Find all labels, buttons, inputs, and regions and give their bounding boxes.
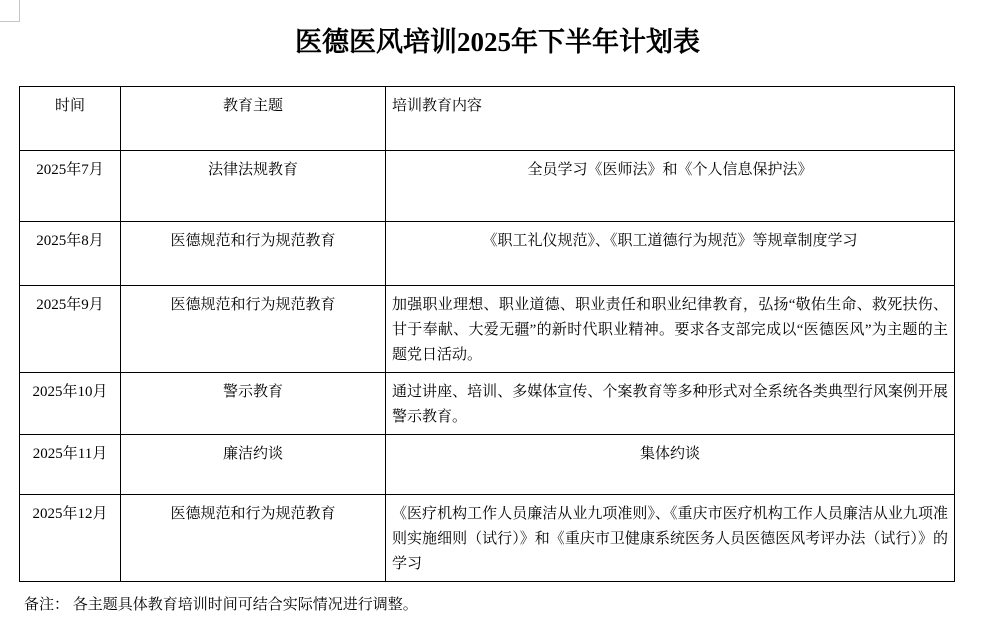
cell-content: 《医疗机构工作人员廉洁从业九项准则》、《重庆市医疗机构工作人员廉洁从业九项准则实… [386,495,955,582]
document-title: 医德医风培训2025年下半年计划表 [0,26,995,58]
cell-theme: 廉洁约谈 [121,435,386,495]
column-header-theme: 教育主题 [121,87,386,151]
table-row-september: 2025年9月 医德规范和行为规范教育 加强职业理想、职业道德、职业责任和职业纪… [20,286,955,373]
document-page: { "document": { "title": "医德医风培训2025年下半年… [0,0,995,625]
training-plan-table: 时间 教育主题 培训教育内容 2025年7月 法律法规教育 全员学习《医师法》和… [19,86,955,582]
cell-time: 2025年8月 [20,222,121,286]
cell-theme: 法律法规教育 [121,151,386,222]
column-header-content: 培训教育内容 [386,87,955,151]
cell-time: 2025年7月 [20,151,121,222]
table-row-july: 2025年7月 法律法规教育 全员学习《医师法》和《个人信息保护法》 [20,151,955,222]
cell-content: 《职工礼仪规范》、《职工道德行为规范》等规章制度学习 [386,222,955,286]
cell-content: 通过讲座、培训、多媒体宣传、个案教育等多种形式对全系统各类典型行风案例开展警示教… [386,373,955,435]
cell-time: 2025年10月 [20,373,121,435]
table-header-row: 时间 教育主题 培训教育内容 [20,87,955,151]
page-corner-marker [0,0,20,22]
cell-time: 2025年12月 [20,495,121,582]
cell-theme: 医德规范和行为规范教育 [121,286,386,373]
cell-content: 集体约谈 [386,435,955,495]
table-row-november: 2025年11月 廉洁约谈 集体约谈 [20,435,955,495]
cell-theme: 医德规范和行为规范教育 [121,495,386,582]
table-row-august: 2025年8月 医德规范和行为规范教育 《职工礼仪规范》、《职工道德行为规范》等… [20,222,955,286]
column-header-time: 时间 [20,87,121,151]
footnote: 备注： 各主题具体教育培训时间可结合实际情况进行调整。 [24,593,418,618]
cell-theme: 警示教育 [121,373,386,435]
cell-time: 2025年11月 [20,435,121,495]
cell-content: 加强职业理想、职业道德、职业责任和职业纪律教育，弘扬“敬佑生命、救死扶伤、甘于奉… [386,286,955,373]
cell-time: 2025年9月 [20,286,121,373]
cell-theme: 医德规范和行为规范教育 [121,222,386,286]
table-row-december: 2025年12月 医德规范和行为规范教育 《医疗机构工作人员廉洁从业九项准则》、… [20,495,955,582]
table-row-october: 2025年10月 警示教育 通过讲座、培训、多媒体宣传、个案教育等多种形式对全系… [20,373,955,435]
cell-content: 全员学习《医师法》和《个人信息保护法》 [386,151,955,222]
